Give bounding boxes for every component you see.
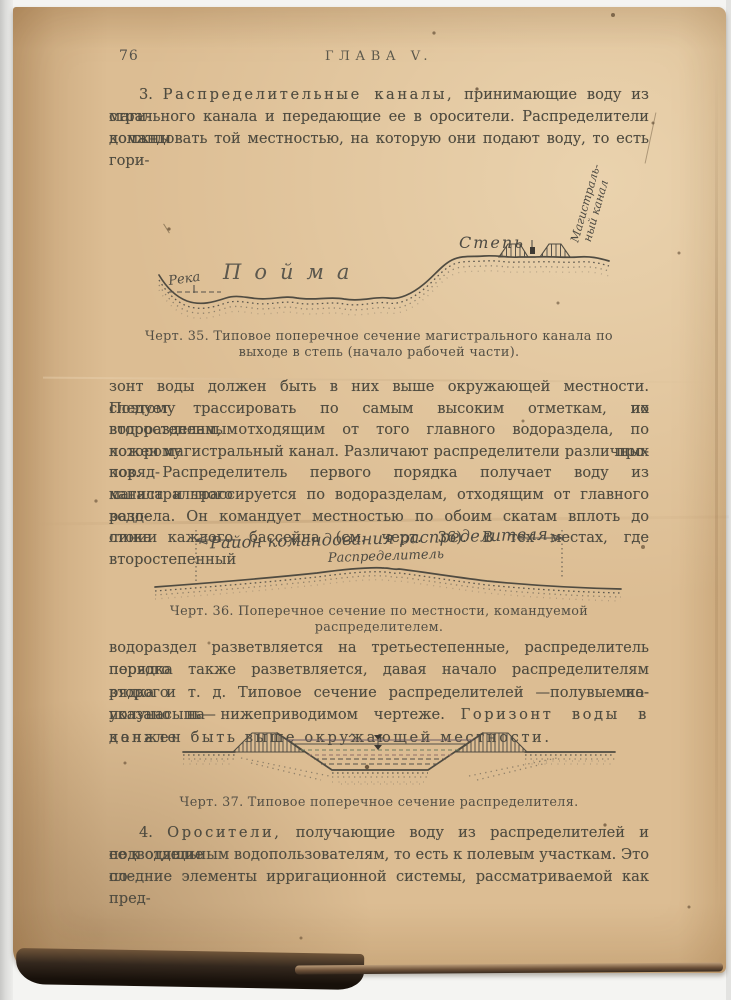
text-run: следние элементы ирригационной системы, … xyxy=(109,868,649,907)
terrain-hatching xyxy=(155,580,621,601)
text-line: зонт воды должен быть в них выше окружаю… xyxy=(109,376,649,398)
figure-36-drawing: Район командования распределителя Распре… xyxy=(149,527,633,611)
water-level-marker xyxy=(374,745,382,750)
fig36-label-distributor: Распределитель xyxy=(327,547,445,566)
paragraph-4: 4. Оросители, получающие воду из распред… xyxy=(109,822,649,888)
figure-35-caption: Черт. 35. Типовое поперечное сечение маг… xyxy=(109,329,649,361)
text-line: водораздел разветвляется на третьестепен… xyxy=(109,637,649,659)
text-line: ложен магистральный канал. Различают рас… xyxy=(109,441,649,463)
text-run: 3. xyxy=(139,86,163,103)
figure-37-caption: Черт. 37. Типовое поперечное сечение рас… xyxy=(109,795,649,811)
text-line: командовать той местностью, на которую о… xyxy=(109,128,649,150)
figure-37-drawing xyxy=(181,728,617,794)
paragraph-3: 3. Распределительные каналы, принимающие… xyxy=(109,84,649,150)
ground-stipple xyxy=(183,759,615,777)
text-run: указано на нижеприводимом чертеже. xyxy=(109,706,461,723)
bird-mark xyxy=(349,734,355,737)
figure-36-caption: Черт. 36. Поперечное сечение по местност… xyxy=(109,604,649,636)
water-level-marker xyxy=(374,735,382,740)
chapter-header: ГЛАВА V. xyxy=(109,49,649,64)
text-line: следние элементы ирригационной системы, … xyxy=(109,866,649,888)
embankment-left xyxy=(233,733,304,752)
figure-35-drawing: Река Пойма Степь Магистраль- ный канал xyxy=(131,157,631,327)
text-run: Распределительные каналы, xyxy=(163,86,455,103)
scanned-book-page: 76 ГЛАВА V. 3. Распределительные каналы,… xyxy=(0,0,731,1000)
fig35-label-main-canal: Магистраль- ный канал xyxy=(567,162,615,248)
canal-embankment-right xyxy=(540,244,570,257)
paragraph-after-fig35: зонт воды должен быть в них выше окружаю… xyxy=(109,376,649,549)
caption-line: Черт. 35. Типовое поперечное сечение маг… xyxy=(109,329,649,345)
caption-line: Черт. 36. Поперечное сечение по местност… xyxy=(109,604,649,620)
text-line: указано на нижеприводимом чертеже. Гориз… xyxy=(109,704,649,726)
embankment-right xyxy=(456,733,527,752)
text-line: рядка и т. д. Типовое сечение распредели… xyxy=(109,682,649,704)
text-run: Оросители, xyxy=(167,824,281,841)
text-line: водоразделам, отходящим от того главного… xyxy=(109,419,649,441)
caption-line: распределителем. xyxy=(109,620,649,636)
text-line: порядка также разветвляется, давая начал… xyxy=(109,659,649,681)
fig35-label-steppe: Степь xyxy=(459,233,525,252)
paper-crease xyxy=(715,67,718,927)
text-line: ков. Распределитель первого порядка полу… xyxy=(109,462,649,484)
caption-line: выходе в степь (начало рабочей части). xyxy=(109,345,649,361)
text-run: 4. xyxy=(139,824,167,841)
text-line: стрального канала и передающие ее в орос… xyxy=(109,106,649,128)
slope-stipple-left xyxy=(241,758,329,780)
text-line: следует трассировать по самым высоким от… xyxy=(109,398,649,420)
fig35-label-river: Река xyxy=(166,270,201,289)
paper-specks xyxy=(0,0,2,2)
text-line: ее к отдельным водопользователям, то ест… xyxy=(109,844,649,866)
canal-sluice-mark xyxy=(530,247,535,254)
ground-stipple xyxy=(183,764,615,782)
fig35-label-floodplain: Пойма xyxy=(222,260,362,284)
text-line: канала и трассируется по водоразделам, о… xyxy=(109,484,649,506)
caption-line: Черт. 37. Типовое поперечное сечение рас… xyxy=(109,795,649,811)
text-line: 3. Распределительные каналы, принимающие… xyxy=(109,84,649,106)
text-line: раздела. Он командует местностью по обои… xyxy=(109,506,649,528)
slope-stipple-right xyxy=(469,758,557,780)
scan-background-left xyxy=(0,0,13,1000)
paper-page: 76 ГЛАВА V. 3. Распределительные каналы,… xyxy=(13,7,726,973)
scan-background-right xyxy=(726,0,731,1000)
text-line: 4. Оросители, получающие воду из распред… xyxy=(109,822,649,844)
